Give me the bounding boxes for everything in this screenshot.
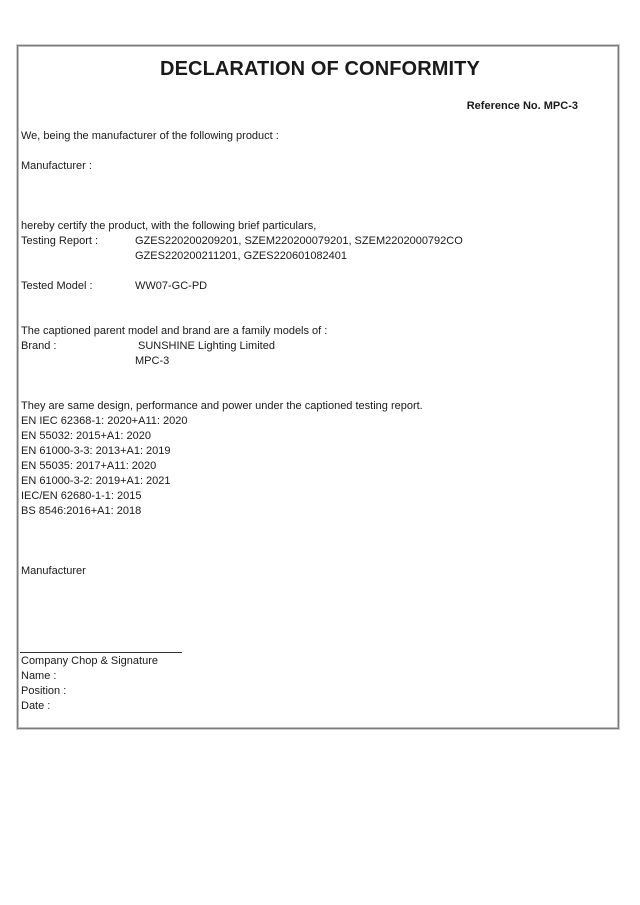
standard-item: EN IEC 62368-1: 2020+A11: 2020 — [21, 415, 187, 428]
signature-heading: Manufacturer — [21, 565, 86, 578]
testing-report-label: Testing Report : — [21, 235, 98, 248]
manufacturer-label: Manufacturer : — [21, 160, 92, 173]
company-chop-label: Company Chop & Signature — [21, 655, 158, 668]
standard-item: EN 61000-3-3: 2013+A1: 2019 — [21, 445, 171, 458]
testing-report-line: GZES220200209201, SZEM220200079201, SZEM… — [135, 235, 463, 248]
intro-text: We, being the manufacturer of the follow… — [21, 130, 279, 143]
signature-line — [20, 652, 182, 653]
tested-model-value: WW07-GC-PD — [135, 280, 207, 293]
testing-report-line: GZES220200211201, GZES220601082401 — [135, 250, 347, 263]
standard-item: IEC/EN 62680-1-1: 2015 — [21, 490, 141, 503]
date-label: Date : — [21, 700, 50, 713]
family-model: MPC-3 — [135, 355, 169, 368]
standard-item: BS 8546:2016+A1: 2018 — [21, 505, 141, 518]
same-design-text: They are same design, performance and po… — [21, 400, 423, 413]
reference-number: Reference No. MPC-3 — [467, 100, 578, 112]
brand-value: SUNSHINE Lighting Limited — [138, 340, 275, 353]
standard-item: EN 61000-3-2: 2019+A1: 2021 — [21, 475, 171, 488]
certify-text: hereby certify the product, with the fol… — [21, 220, 316, 233]
position-label: Position : — [21, 685, 66, 698]
document-border — [17, 45, 619, 729]
document-title: DECLARATION OF CONFORMITY — [0, 58, 640, 81]
standard-item: EN 55032: 2015+A1: 2020 — [21, 430, 151, 443]
standard-item: EN 55035: 2017+A11: 2020 — [21, 460, 156, 473]
tested-model-label: Tested Model : — [21, 280, 93, 293]
name-label: Name : — [21, 670, 56, 683]
brand-label: Brand : — [21, 340, 56, 353]
family-text: The captioned parent model and brand are… — [21, 325, 327, 338]
